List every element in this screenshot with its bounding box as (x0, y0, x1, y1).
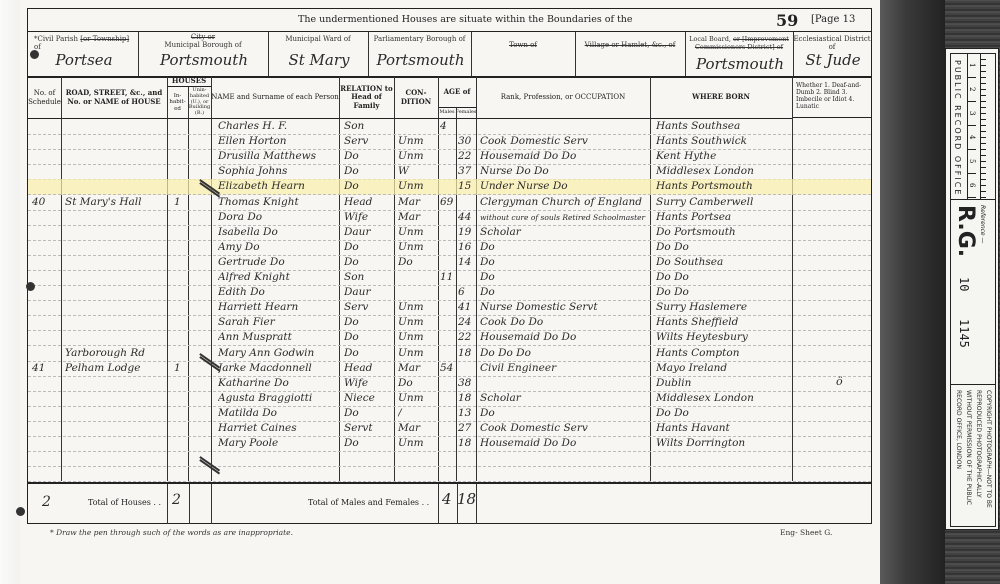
schedule-number (32, 376, 58, 391)
relation-to-head: Do (344, 406, 392, 421)
totals-row: 2 Total of Houses . . 2 Total of Males a… (28, 482, 871, 524)
schedule-number (32, 451, 58, 466)
relation-to-head (344, 466, 392, 481)
birthplace: Do Do (656, 285, 791, 300)
record-office-name: PUBLIC RECORD OFFICE (953, 60, 962, 196)
house-address (65, 451, 165, 466)
male-age (440, 225, 456, 240)
female-age (458, 451, 476, 466)
female-age: 16 (458, 240, 476, 255)
female-age: 24 (458, 315, 476, 330)
col-header-address: ROAD, STREET, &c., and No. or NAME of HO… (61, 77, 168, 119)
binding-hole (30, 50, 39, 59)
reference-item: 1145 (957, 319, 971, 348)
binding-hole (16, 507, 25, 516)
male-age (440, 134, 456, 149)
female-age: 44 (458, 210, 476, 225)
schedule-number (32, 346, 58, 361)
schedule-number (32, 391, 58, 406)
relation-to-head: Do (344, 240, 392, 255)
birthplace: Kent Hythe (656, 149, 791, 164)
relation-to-head: Do (344, 330, 392, 345)
ruler-mark: 6 (968, 174, 976, 198)
marital-condition: Unm (398, 149, 436, 164)
person-name: Amy Do (218, 240, 338, 255)
house-address (65, 391, 165, 406)
relation-to-head: Serv (344, 300, 392, 315)
house-address (65, 164, 165, 179)
local-board-value: Portsmouth (691, 55, 789, 73)
male-age (440, 436, 456, 451)
birthplace: Hants Portsea (656, 210, 791, 225)
relation-to-head: Do (344, 436, 392, 451)
person-name: Gertrude Do (218, 255, 338, 270)
birthplace: Hants Portsmouth (656, 179, 791, 194)
schedule-number (32, 149, 58, 164)
person-name: Katharine Do (218, 376, 338, 391)
table-row: Gertrude DoDoDo14DoDo Southsea (28, 255, 871, 271)
table-row: Harriet CainesServtMar27Cook Domestic Se… (28, 421, 871, 437)
ruler: PUBLIC RECORD OFFICE 1 2 3 4 5 6 (951, 54, 995, 200)
municipal-borough-field: City or Municipal Borough of Portsmouth (138, 32, 269, 76)
occupation: Housemaid Do Do (480, 330, 648, 345)
house-address: St Mary's Hall (65, 195, 165, 210)
schedule-number (32, 225, 58, 240)
local-board-field: Local Board, or [Improvement Commissione… (685, 32, 794, 76)
relation-to-head: Do (344, 149, 392, 164)
ruler-mark: 4 (968, 126, 976, 150)
female-age: 18 (458, 346, 476, 361)
birthplace: Hants Compton (656, 346, 791, 361)
occupation (480, 376, 648, 391)
reference-label: Reference — (979, 205, 986, 244)
binding-hole (26, 282, 35, 291)
inhabited-count: 1 (174, 361, 188, 376)
relation-to-head (344, 451, 392, 466)
total-persons-label: Total of Males and Females . . (308, 498, 429, 507)
occupation: Do (480, 270, 648, 285)
col-header-uninhabited: Unin-habited (U.), or Building (B.) (188, 87, 212, 119)
col-header-relation: RELATION to Head of Family (339, 77, 395, 119)
male-age (440, 315, 456, 330)
schedule-number (32, 406, 58, 421)
schedule-number (32, 119, 58, 134)
schedule-number (32, 300, 58, 315)
ecclesiastical-district-field: Ecclesiastical District of St Jude (793, 32, 871, 76)
marital-condition: Unm (398, 225, 436, 240)
civil-parish-field: *Civil Parish [or Township] of Portsea (28, 32, 139, 76)
col-header-age: AGE of (438, 77, 477, 108)
person-name: Drusilla Matthews (218, 149, 338, 164)
occupation: Housemaid Do Do (480, 149, 648, 164)
occupation: without cure of souls Retired Schoolmast… (480, 210, 648, 225)
folio-number: 59 (776, 11, 798, 30)
municipal-borough-value: Portsmouth (144, 51, 264, 69)
person-name: Harriet Caines (218, 421, 338, 436)
male-age (440, 164, 456, 179)
sheet-title: The undermentioned Houses are situate wi… (298, 14, 633, 25)
col-header-schedule: No. of Schedule (28, 77, 62, 119)
person-name: Edith Do (218, 285, 338, 300)
inhabited-count (174, 300, 188, 315)
birthplace: Dublin (656, 376, 791, 391)
table-row: Elizabeth HearnDoUnm15Under Nurse DoHant… (28, 179, 871, 195)
relation-to-head: Daur (344, 285, 392, 300)
sheet-reference: Eng- Sheet G. (780, 528, 832, 537)
female-age: 13 (458, 406, 476, 421)
inhabited-count (174, 346, 188, 361)
col-header-occupation: Rank, Profession, or OCCUPATION (476, 77, 651, 119)
town-field: Town of (471, 32, 576, 76)
inhabited-count (174, 179, 188, 194)
field-label-struck: City or (191, 33, 215, 41)
occupation (480, 119, 648, 134)
occupation: Cook Domestic Serv (480, 421, 648, 436)
female-age: 14 (458, 255, 476, 270)
inhabited-count (174, 149, 188, 164)
ruler-mark: 5 (968, 150, 976, 174)
total-houses-cell: 2 (167, 484, 190, 524)
house-address (65, 406, 165, 421)
field-label: Ecclesiastical District of (793, 35, 871, 51)
house-address (65, 436, 165, 451)
schedule-number (32, 240, 58, 255)
birthplace: Hants Southwick (656, 134, 791, 149)
occupation: Do (480, 240, 648, 255)
male-age: 4 (440, 119, 456, 134)
table-row: Edith DoDaur6DoDo Do (28, 285, 871, 301)
occupation: Nurse Domestic Servt (480, 300, 648, 315)
relation-to-head: Niece (344, 391, 392, 406)
field-label: Parliamentary Borough of (368, 35, 471, 43)
male-age: 11 (440, 270, 456, 285)
male-age (440, 149, 456, 164)
inhabited-count (174, 391, 188, 406)
municipal-ward-field: Municipal Ward of St Mary (268, 32, 369, 76)
female-age (458, 119, 476, 134)
person-name: Agusta Braggiotti (218, 391, 338, 406)
inhabited-count (174, 225, 188, 240)
total-males-cell: 4 (438, 484, 458, 524)
person-name: Sophia Johns (218, 164, 338, 179)
male-age: 69 (440, 195, 456, 210)
scan-left-edge (0, 0, 20, 584)
birthplace: Do Portsmouth (656, 225, 791, 240)
relation-to-head: Wife (344, 376, 392, 391)
house-address (65, 421, 165, 436)
relation-to-head: Servt (344, 421, 392, 436)
column-rule (211, 484, 212, 524)
schedule-number (32, 270, 58, 285)
male-age: 54 (440, 361, 456, 376)
relation-to-head: Head (344, 361, 392, 376)
field-label-struck: [or Township] (80, 35, 129, 43)
occupation: Cook Do Do (480, 315, 648, 330)
marital-condition: Mar (398, 195, 436, 210)
female-age (458, 361, 476, 376)
field-label-struck: Village or Hamlet, &c., of (575, 41, 685, 49)
birthplace: Mayo Ireland (656, 361, 791, 376)
male-age (440, 346, 456, 361)
schedule-number (32, 436, 58, 451)
house-address (65, 330, 165, 345)
female-age: 27 (458, 421, 476, 436)
birthplace: Hants Southsea (656, 119, 791, 134)
schedule-number (32, 285, 58, 300)
table-row: Sophia JohnsDoW37Nurse Do DoMiddlesex Lo… (28, 164, 871, 180)
scan-dark-border-shadow (880, 0, 945, 584)
census-schedule-sheet: The undermentioned Houses are situate wi… (27, 8, 872, 524)
male-age (440, 391, 456, 406)
table-row (28, 451, 871, 467)
female-age: 18 (458, 436, 476, 451)
occupation (480, 466, 648, 481)
schedule-number (32, 466, 58, 481)
male-age (440, 255, 456, 270)
female-age: 15 (458, 179, 476, 194)
marital-condition: / (398, 406, 436, 421)
marital-condition: Mar (398, 421, 436, 436)
inhabited-count (174, 119, 188, 134)
person-name: Thomas Knight (218, 195, 338, 210)
table-row: Harriett HearnServUnm41Nurse Domestic Se… (28, 300, 871, 316)
ecclesiastical-district-value: St Jude (799, 51, 867, 69)
schedule-number (32, 330, 58, 345)
marital-condition: Do (398, 255, 436, 270)
marital-condition (398, 466, 436, 481)
house-address (65, 240, 165, 255)
male-age (440, 451, 456, 466)
female-age: 6 (458, 285, 476, 300)
occupation: Nurse Do Do (480, 164, 648, 179)
ruler-ticks (981, 54, 993, 199)
table-row: Dora DoWifeMar44without cure of souls Re… (28, 210, 871, 226)
birthplace (656, 466, 791, 481)
person-name: Mary Ann Godwin (218, 346, 338, 361)
schedule-number (32, 255, 58, 270)
marital-condition: Unm (398, 391, 436, 406)
occupation: Under Nurse Do (480, 179, 648, 194)
marital-condition (398, 270, 436, 285)
house-address (65, 300, 165, 315)
male-age (440, 210, 456, 225)
house-address (65, 270, 165, 285)
female-age: 19 (458, 225, 476, 240)
birthplace: Hants Havant (656, 421, 791, 436)
birthplace: Middlesex London (656, 164, 791, 179)
table-row: Ann MusprattDoUnm22Housemaid Do DoWilts … (28, 330, 871, 346)
occupation: Do (480, 255, 648, 270)
location-fields: *Civil Parish [or Township] of Portsea C… (28, 32, 871, 78)
schedule-number: 41 (32, 361, 58, 376)
reference-number-box: Reference — R.G. 10 1145 (951, 199, 995, 385)
inhabited-count (174, 164, 188, 179)
male-age (440, 466, 456, 481)
male-age (440, 330, 456, 345)
female-age (458, 195, 476, 210)
parliamentary-borough-value: Portsmouth (374, 51, 467, 69)
occupation: Do (480, 285, 648, 300)
schedule-number (32, 421, 58, 436)
ruler-scale: 1 2 3 4 5 6 (967, 54, 981, 199)
reference-series: R.G. (953, 205, 978, 257)
table-row: 40St Mary's Hall1Thomas KnightHeadMar69C… (28, 195, 871, 211)
relation-to-head: Son (344, 119, 392, 134)
inhabited-count (174, 134, 188, 149)
relation-to-head: Do (344, 164, 392, 179)
person-name: Matilda Do (218, 406, 338, 421)
schedule-count: 2 (42, 494, 51, 510)
field-label-struck: Town of (471, 41, 575, 49)
marital-condition: Mar (398, 210, 436, 225)
page-label: [Page 13 (811, 14, 855, 25)
marital-condition: Unm (398, 346, 436, 361)
house-address: Yarborough Rd (65, 346, 165, 361)
birthplace (656, 451, 791, 466)
birthplace: Do Do (656, 240, 791, 255)
person-name: Alfred Knight (218, 270, 338, 285)
table-row: Drusilla MatthewsDoUnm22Housemaid Do DoK… (28, 149, 871, 165)
inhabited-count: 1 (174, 195, 188, 210)
col-header-inhabited: In-habit-ed (167, 87, 189, 119)
person-name: Isabella Do (218, 225, 338, 240)
table-row: Isabella DoDaurUnm19ScholarDo Portsmouth (28, 225, 871, 241)
table-row: Alfred KnightSon11DoDo Do (28, 270, 871, 286)
marital-condition: Unm (398, 300, 436, 315)
birthplace: Surry Haslemere (656, 300, 791, 315)
inhabited-count (174, 466, 188, 481)
birthplace: Hants Sheffield (656, 315, 791, 330)
house-address (65, 119, 165, 134)
sheet-header: The undermentioned Houses are situate wi… (28, 9, 871, 32)
inhabited-count (174, 315, 188, 330)
inhabited-count (174, 421, 188, 436)
col-header-name: NAME and Surname of each Person (211, 77, 340, 119)
occupation: Cook Domestic Serv (480, 134, 648, 149)
relation-to-head: Son (344, 270, 392, 285)
total-females-cell: 18 (456, 484, 477, 524)
female-age (458, 270, 476, 285)
occupation: Scholar (480, 225, 648, 240)
house-address (65, 285, 165, 300)
occupation: Do Do Do (480, 346, 648, 361)
inhabited-count (174, 376, 188, 391)
inhabited-count (174, 406, 188, 421)
col-header-females: Females (456, 108, 477, 119)
table-row: Agusta BraggiottiNieceUnm18ScholarMiddle… (28, 391, 871, 407)
table-row: Katharine DoWifeDo38Dublin (28, 376, 871, 392)
col-header-condition: CON-DITION (394, 77, 439, 119)
schedule-number (32, 179, 58, 194)
marital-condition: Unm (398, 179, 436, 194)
person-name: Elizabeth Hearn (218, 179, 338, 194)
col-header-born: WHERE BORN (650, 77, 793, 119)
table-row: 41Pelham Lodge1Jarke MacdonnellHeadMar54… (28, 361, 871, 377)
male-age (440, 179, 456, 194)
ruler-mark: 2 (968, 78, 976, 102)
male-age (440, 300, 456, 315)
house-address (65, 210, 165, 225)
table-row: Matilda DoDo/13DoDo Do (28, 406, 871, 422)
table-row: Mary PooleDoUnm18Housemaid Do DoWilts Do… (28, 436, 871, 452)
archive-reference-label: PUBLIC RECORD OFFICE 1 2 3 4 5 6 Referen… (945, 48, 999, 530)
reference-piece: 10 (957, 277, 971, 291)
table-row: Ellen HortonServUnm30Cook Domestic ServH… (28, 134, 871, 150)
house-address (65, 179, 165, 194)
person-name: Jarke Macdonnell (218, 361, 338, 376)
field-label: Local Board, (689, 35, 731, 43)
house-address (65, 376, 165, 391)
inhabited-count (174, 451, 188, 466)
person-name (218, 466, 338, 481)
occupation: Civil Engineer (480, 361, 648, 376)
house-address (65, 149, 165, 164)
footnote: * Draw the pen through such of the words… (50, 528, 293, 537)
person-name: Dora Do (218, 210, 338, 225)
house-address (65, 466, 165, 481)
schedule-number (32, 210, 58, 225)
col-header-infirmity: Whether 1. Deaf-and-Dumb 2. Blind 3. Imb… (792, 77, 871, 118)
inhabited-count (174, 285, 188, 300)
person-name: Mary Poole (218, 436, 338, 451)
male-age (440, 406, 456, 421)
marital-condition: Do (398, 376, 436, 391)
schedule-number: 40 (32, 195, 58, 210)
birthplace: Do Do (656, 270, 791, 285)
female-age: 37 (458, 164, 476, 179)
female-age: 22 (458, 149, 476, 164)
marital-condition: Unm (398, 315, 436, 330)
house-address: Pelham Lodge (65, 361, 165, 376)
marital-condition: W (398, 164, 436, 179)
relation-to-head: Daur (344, 225, 392, 240)
birthplace: Surry Camberwell (656, 195, 791, 210)
occupation (480, 451, 648, 466)
col-header-houses: HOUSES (167, 77, 212, 87)
person-name (218, 451, 338, 466)
birthplace: Middlesex London (656, 391, 791, 406)
occupation: Housemaid Do Do (480, 436, 648, 451)
marital-condition: Mar (398, 361, 436, 376)
relation-to-head: Do (344, 179, 392, 194)
female-age: 38 (458, 376, 476, 391)
house-address (65, 315, 165, 330)
table-row (28, 466, 871, 482)
marital-condition (398, 451, 436, 466)
person-name: Ann Muspratt (218, 330, 338, 345)
schedule-number (32, 164, 58, 179)
inhabited-count (174, 240, 188, 255)
inhabited-count (174, 255, 188, 270)
male-age (440, 421, 456, 436)
house-address (65, 225, 165, 240)
total-houses-value: 2 (172, 492, 181, 508)
marital-condition (398, 119, 436, 134)
birthplace: Wilts Heytesbury (656, 330, 791, 345)
marital-condition: Unm (398, 330, 436, 345)
municipal-ward-value: St Mary (274, 51, 364, 69)
person-name: Charles H. F. (218, 119, 338, 134)
inhabited-count (174, 436, 188, 451)
occupation: Do (480, 406, 648, 421)
female-age: 41 (458, 300, 476, 315)
relation-to-head: Wife (344, 210, 392, 225)
margin-note: ö (836, 375, 843, 388)
marital-condition (398, 285, 436, 300)
col-header-males: Males (438, 108, 457, 119)
schedule-number (32, 315, 58, 330)
birthplace: Do Southsea (656, 255, 791, 270)
